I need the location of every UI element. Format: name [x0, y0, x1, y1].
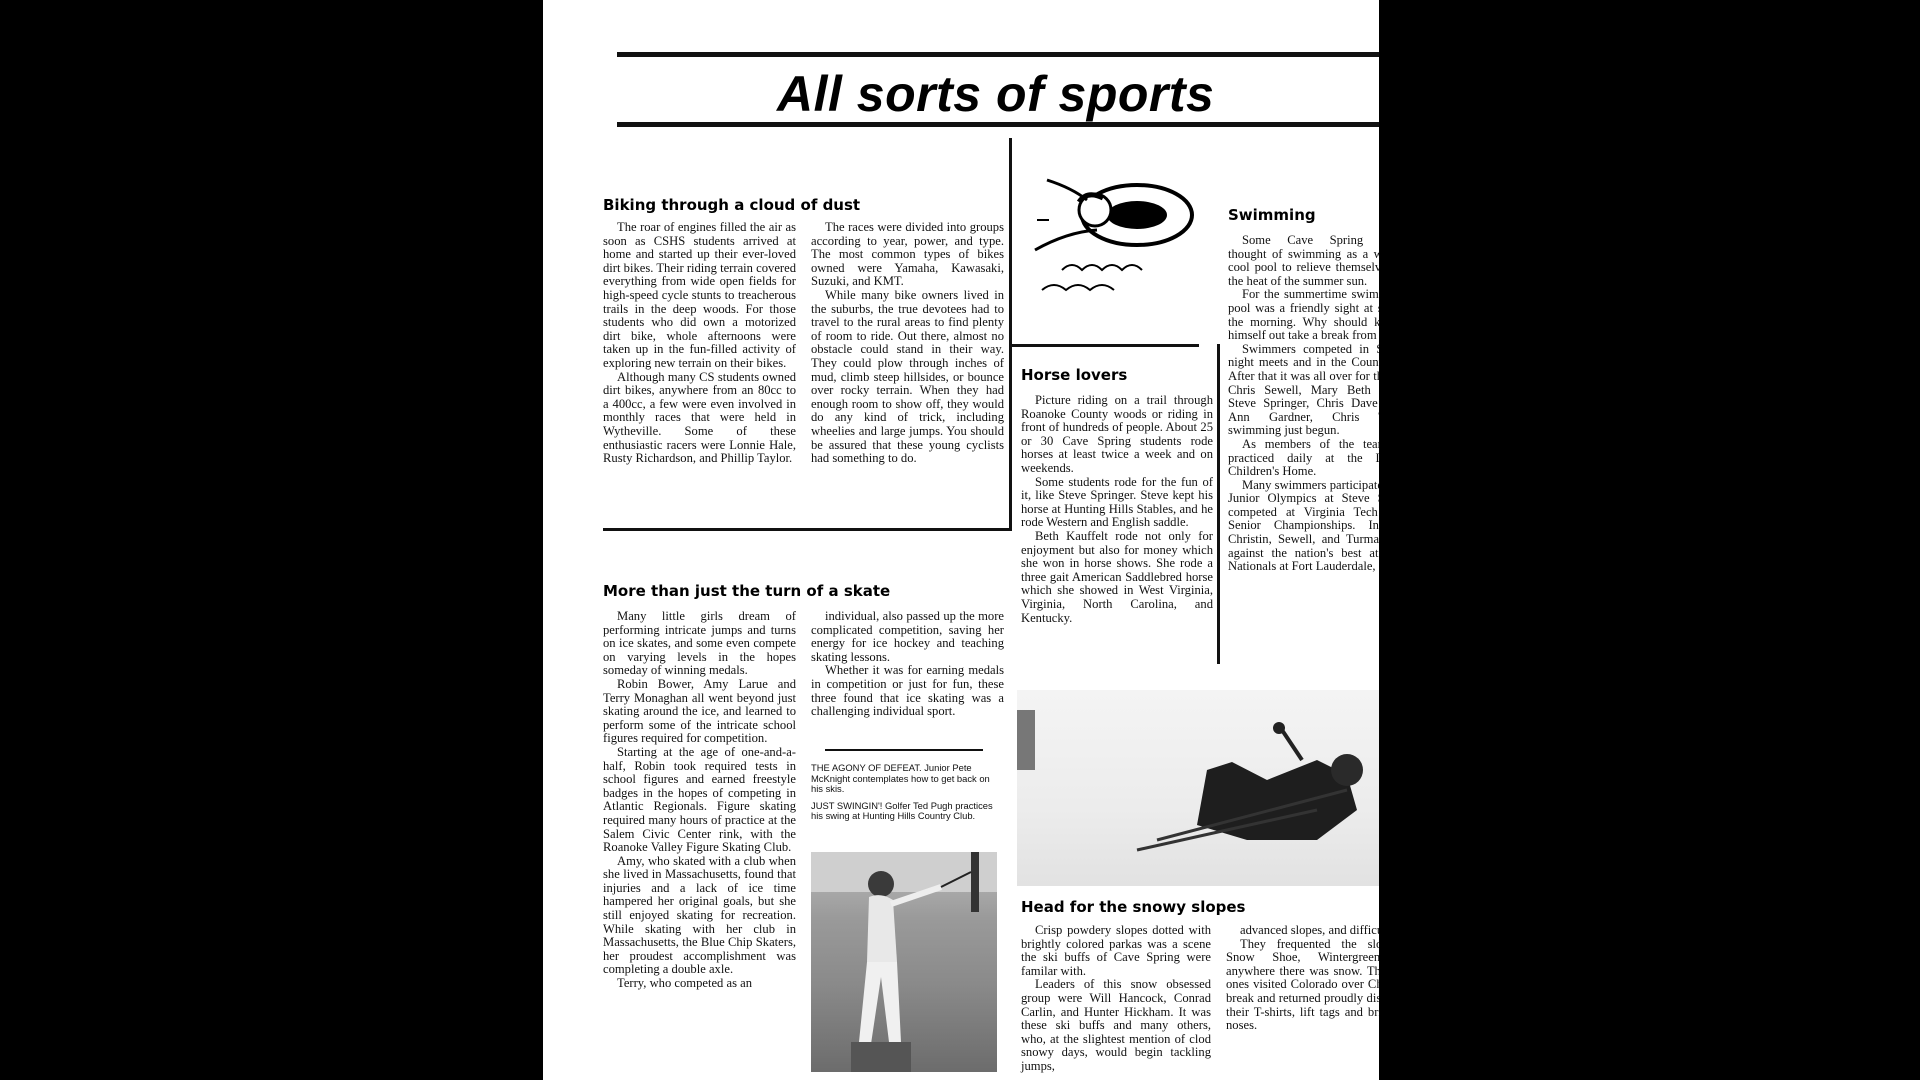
paragraph: Some students rode for the fun of it, li… [1021, 476, 1213, 530]
paragraph: They frequented the slopes at Snow Shoe,… [1226, 938, 1379, 1033]
page-title: All sorts of sports [777, 64, 1377, 124]
title-bottom-rule [617, 122, 1379, 127]
caption-ski: THE AGONY OF DEFEAT. Junior Pete McKnigh… [811, 763, 1001, 795]
golfer-swinging-photo [811, 852, 997, 1072]
skating-column-1: Many little girls dream of performing in… [603, 610, 796, 991]
center-vertical-rule [1009, 138, 1012, 528]
snow-column-1: Crisp powdery slopes dotted with brightl… [1021, 924, 1211, 1074]
paragraph: Although many CS students owned dirt bik… [603, 371, 796, 466]
biking-column-2: The races were divided into groups accor… [811, 221, 1004, 466]
paragraph: Terry, who competed as an [603, 977, 796, 991]
skier-fallen-photo [1017, 690, 1379, 886]
horse-box-right-rule [1217, 344, 1220, 664]
snow-heading: Head for the snowy slopes [1021, 898, 1246, 916]
snow-column-2: advanced slopes, and difficult runs. The… [1226, 924, 1379, 1033]
paragraph: Swimmers competed in Saturday night meet… [1228, 343, 1379, 438]
caption-golf: JUST SWINGIN'! Golfer Ted Pugh practices… [811, 801, 1001, 822]
paragraph: Robin Bower, Amy Larue and Terry Monagha… [603, 678, 796, 746]
horse-heading: Horse lovers [1021, 366, 1127, 384]
swimmer-inner-tube-icon [1017, 170, 1197, 310]
biking-heading: Biking through a cloud of dust [603, 196, 860, 214]
paragraph: Many swimmers participated in the Junior… [1228, 479, 1379, 574]
biking-column-1: The roar of engines filled the air as so… [603, 221, 796, 466]
fallen-skier-icon [1017, 690, 1379, 886]
paragraph: Picture riding on a trail through Roanok… [1021, 394, 1213, 476]
paragraph: Starting at the age of one-and-a-half, R… [603, 746, 796, 855]
paragraph: While many bike owners lived in the subu… [811, 289, 1004, 466]
swimming-column: Some Cave Spring students thought of swi… [1228, 234, 1379, 574]
swimmer-cartoon-illustration [1017, 170, 1197, 310]
paragraph: The roar of engines filled the air as so… [603, 221, 796, 371]
caption-top-rule [825, 749, 983, 751]
paragraph: Crisp powdery slopes dotted with brightl… [1021, 924, 1211, 978]
paragraph: advanced slopes, and difficult runs. [1226, 924, 1379, 938]
swimming-heading: Swimming [1228, 206, 1316, 224]
snow-column-2-clip: advanced slopes, and difficult runs. The… [1226, 922, 1379, 1080]
paragraph: Amy, who skated with a club when she liv… [603, 855, 796, 977]
paragraph: Beth Kauffelt rode not only for enjoymen… [1021, 530, 1213, 625]
paragraph: Leaders of this snow obsessed group were… [1021, 978, 1211, 1073]
swimming-section: Swimming Some Cave Spring students thoug… [1228, 200, 1379, 670]
golfer-figure-icon [811, 852, 997, 1072]
horse-box-top-rule [1009, 344, 1199, 347]
title-top-rule [617, 52, 1379, 57]
paragraph: Whether it was for earning medals in com… [811, 664, 1004, 718]
paragraph: Some Cave Spring students thought of swi… [1228, 234, 1379, 288]
paragraph: As members of the team, they practiced d… [1228, 438, 1379, 479]
skating-column-2: individual, also passed up the more comp… [811, 610, 1004, 719]
paragraph: Many little girls dream of performing in… [603, 610, 796, 678]
biking-bottom-rule [603, 528, 1012, 531]
horse-column: Picture riding on a trail through Roanok… [1021, 394, 1213, 625]
paragraph: For the summertime swimmer, the pool was… [1228, 288, 1379, 342]
yearbook-page: All sorts of sports Biking through a clo… [543, 0, 1379, 1080]
paragraph: The races were divided into groups accor… [811, 221, 1004, 289]
skating-heading: More than just the turn of a skate [603, 582, 890, 600]
photo-captions: THE AGONY OF DEFEAT. Junior Pete McKnigh… [811, 763, 1001, 828]
paragraph: individual, also passed up the more comp… [811, 610, 1004, 664]
